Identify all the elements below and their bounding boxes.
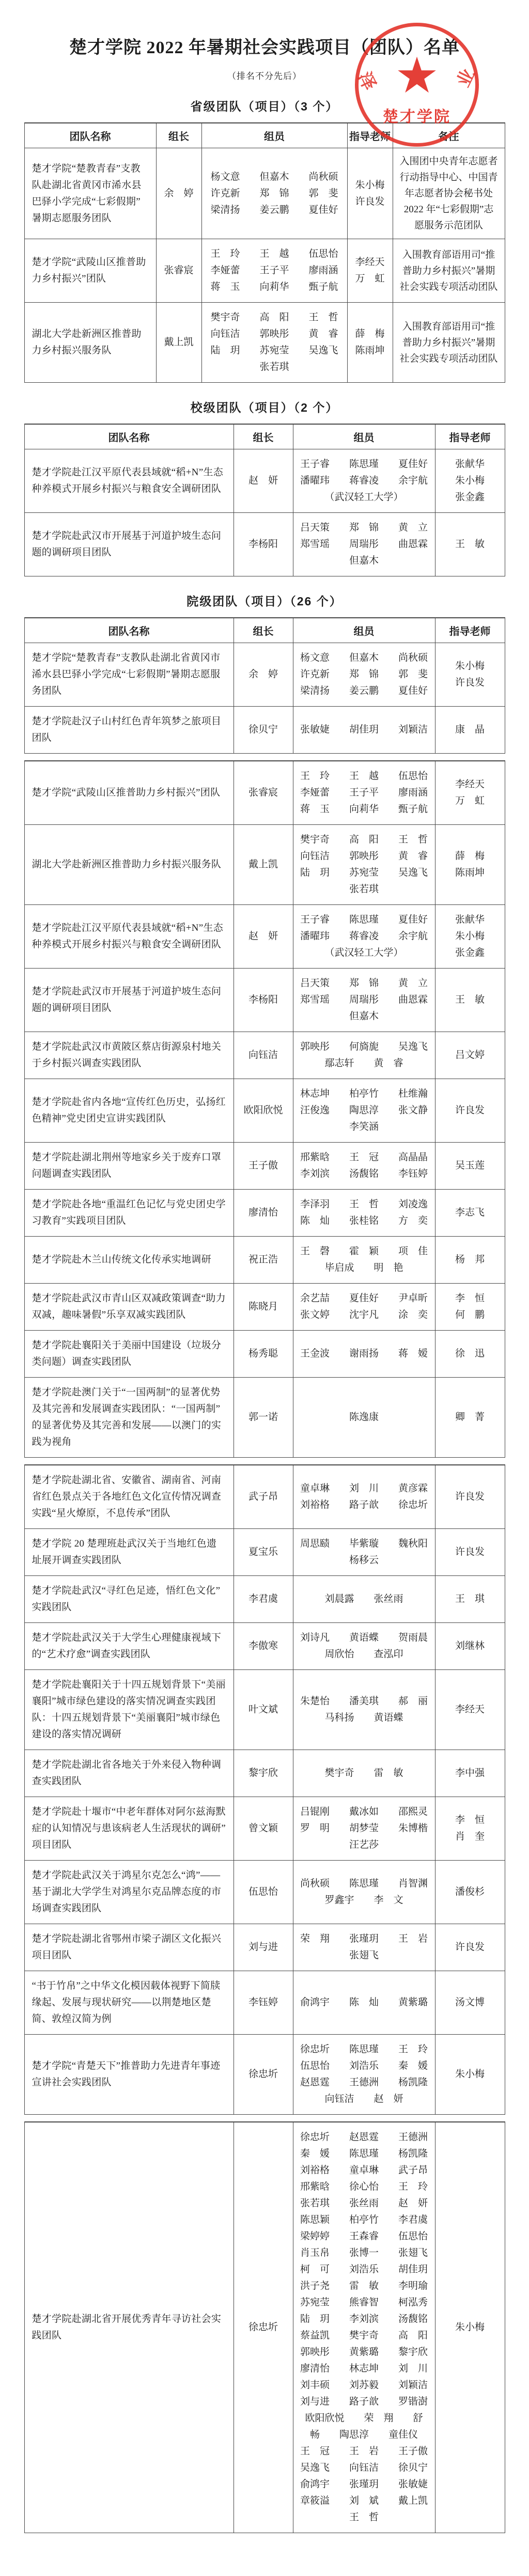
team-row: 楚才学院赴襄阳关于美丽中国建设（垃圾分类问题）调查实践团队杨秀聪王金波 谢雨扬 … [24, 1331, 505, 1378]
cell-members: 郭映彤 何旖旎 吴逸飞 鄢志轩 黄 睿 [293, 1032, 435, 1079]
cell-members: 吕锟刚 戴冰如 邵熙灵 罗 明 胡梦莹 朱博楷 汪艺莎 [293, 1797, 435, 1861]
cell-name: 湖北大学赴新洲区推普助力乡村振兴服务队 [24, 303, 156, 383]
cell-name: 楚才学院赴木兰山传统文化传承实地调研 [24, 1237, 234, 1284]
teams-table: 团队名称组长组员指导老师楚才学院“楚教青春”支教队赴湖北省黄冈市浠水县巴驿小学完… [24, 617, 505, 754]
team-row: 楚才学院“武陵山区推普助力乡村振兴”团队张睿宸王 玲 王 越 伍思怡 李娅蕾 王… [24, 761, 505, 825]
cell-teachers: 李 恒 何 鹏 [435, 1284, 505, 1331]
cell-teachers: 吕文婷 [435, 1032, 505, 1079]
header-row: 团队名称组长组员指导老师备注 [24, 123, 505, 148]
cell-name: 楚才学院赴武汉市开展基于河道护坡生态问题的调研项目团队 [24, 513, 234, 576]
team-row: 楚才学院赴湖北省、安徽省、湖南省、河南省红色景点关于各地红色文化宣传情况调查实践… [24, 1465, 505, 1529]
cell-members: 王 玲 王 越 伍思怡 李娅蕾 王子平 廖雨涵 蒋 玉 向莉华 甄子航 [293, 761, 435, 825]
section-heading: 校级团队（项目）（2 个） [0, 398, 529, 415]
cell-name: 楚才学院赴武汉“寻红色足迹，悟红色文化”实践团队 [24, 1576, 234, 1623]
document-page: ★ 泽 业 楚才学院 楚才学院 2022 年暑期社会实践项目（团队）名单 （排名… [0, 0, 529, 2576]
cell-members: 王 玲 王 越 伍思怡 李娅蕾 王子平 廖雨涵 蒋 玉 向莉华 甄子航 [201, 239, 347, 303]
cell-leader: 李杨阳 [234, 513, 293, 576]
cell-leader: 余 婷 [234, 643, 293, 707]
cell-teachers: 卿 菁 [435, 1378, 505, 1458]
cell-name: 湖北大学赴新洲区推普助力乡村振兴服务队 [24, 825, 234, 905]
cell-teachers: 潘俊杉 [435, 1861, 505, 1924]
cell-name: 楚才学院 20 楚理班赴武汉关于当地红色遗址展开调查实践团队 [24, 1529, 234, 1576]
cell-members: 徐忠圻 陈思瑾 王 玲 伍思怡 刘浩乐 秦 媛 赵恩霆 王德洲 杨凯隆 向钰洁 … [293, 2035, 435, 2115]
cell-name: 楚才学院“楚教青春”支教队赴湖北省黄冈市浠水县巴驿小学完成“七彩假期”暑期志愿服… [24, 643, 234, 707]
cell-members: 徐忠圻 赵恩霆 王德洲 秦 媛 陈思瑾 杨凯隆 刘裕格 童卓琳 武子昂 邢紫晗 … [293, 2122, 435, 2533]
cell-name: “书于竹帛”之中华文化模因载体视野下简牍缘起、发展与现状研究——以荆楚地区楚简、… [24, 1971, 234, 2035]
column-header: 组长 [234, 618, 293, 643]
cell-members: 刘诗凡 黄语蝶 贺雨晨 周欣怡 查泓印 [293, 1623, 435, 1670]
team-row: 楚才学院赴湖北省各地关于外来侵入物种调查实践团队黎宇欣樊宇奇 雷 敏李中强 [24, 1750, 505, 1797]
cell-name: 楚才学院赴江汉平原代表县域就“稻+N”生态种养模式开展乡村振兴与粮食安全调研团队 [24, 449, 234, 513]
cell-name: 楚才学院“武陵山区推普助力乡村振兴”团队 [24, 239, 156, 303]
cell-name: 楚才学院赴湖北省鄂州市梁子湖区文化振兴项目团队 [24, 1924, 234, 1971]
cell-members: 林志坤 柏亭竹 杜维瀚 汪俊逸 陶思淳 张文静 李笑涵 [293, 1079, 435, 1143]
team-row: 楚才学院“青楚天下”推普助力先进青年事迹宣讲社会实践团队徐忠圻徐忠圻 陈思瑾 王… [24, 2035, 505, 2115]
cell-name: 楚才学院赴武汉市青山区双减政策调查“助力双减，趣味暑假”乐享双减实践团队 [24, 1284, 234, 1331]
cell-leader: 向钰洁 [234, 1032, 293, 1079]
team-row: 楚才学院赴武汉“寻红色足迹，悟红色文化”实践团队李君虞刘晨露 张丝雨王 琪 [24, 1576, 505, 1623]
cell-leader: 李杨阳 [234, 969, 293, 1032]
cell-name: 楚才学院赴襄阳关于十四五规划背景下“美丽襄阳”城市绿色建设的落实情况调查实践团队… [24, 1670, 234, 1750]
cell-members: 樊宇奇 高 阳 王 哲 向钰洁 郭映彤 黄 睿 陆 玥 苏宛莹 吴逸飞 张若琪 [293, 825, 435, 905]
header-row: 团队名称组长组员指导老师 [24, 424, 505, 449]
cell-members: 陈逸康 [293, 1378, 435, 1458]
team-row: 楚才学院赴江汉平原代表县域就“稻+N”生态种养模式开展乡村振兴与粮食安全调研团队… [24, 905, 505, 969]
page-subtitle: （排名不分先后） [0, 69, 529, 82]
team-row: 楚才学院赴武汉关于大学生心理健康视域下的“艺术疗愈”调查实践团队李傲寒刘诗凡 黄… [24, 1623, 505, 1670]
cell-members: 刘晨露 张丝雨 [293, 1576, 435, 1623]
cell-name: 楚才学院赴湖北省开展优秀青年寻访社会实践团队 [24, 2122, 234, 2533]
team-row: 楚才学院赴木兰山传统文化传承实地调研祝正浩王 磬 霍 颖 项 佳 毕启成 明 艳… [24, 1237, 505, 1284]
cell-leader: 廖清怡 [234, 1190, 293, 1237]
cell-teachers: 李经天 [435, 1670, 505, 1750]
cell-members: 荣 翔 张瑾玥 王 岩 张翅飞 [293, 1924, 435, 1971]
cell-name: 楚才学院赴湖北省、安徽省、湖南省、河南省红色景点关于各地红色文化宣传情况调查实践… [24, 1465, 234, 1529]
cell-members: 俞鸿宇 陈 灿 黄紫璐 [293, 1971, 435, 2035]
column-header: 团队名称 [24, 123, 156, 148]
cell-leader: 武子昂 [234, 1465, 293, 1529]
column-header: 组员 [201, 123, 347, 148]
cell-leader: 叶文斌 [234, 1670, 293, 1750]
team-row: “书于竹帛”之中华文化模因载体视野下简牍缘起、发展与现状研究——以荆楚地区楚简、… [24, 1971, 505, 2035]
cell-members: 吕天策 郑 锦 黄 立 郑雪瑶 周瑞彤 曲恩霖 但嘉木 [293, 513, 435, 576]
team-row: 楚才学院 20 楚理班赴武汉关于当地红色遗址展开调查实践团队夏宝乐周思赜 毕紫璇… [24, 1529, 505, 1576]
column-header: 备注 [393, 123, 505, 148]
cell-name: 楚才学院赴汉子山村红色青年筑梦之旅项目团队 [24, 707, 234, 754]
header-row: 团队名称组长组员指导老师 [24, 618, 505, 643]
cell-leader: 郭一诺 [234, 1378, 293, 1458]
cell-teachers: 康 晶 [435, 707, 505, 754]
cell-leader: 李君虞 [234, 1576, 293, 1623]
cell-leader: 李钰婷 [234, 1971, 293, 2035]
column-header: 团队名称 [24, 424, 234, 449]
cell-teachers: 李志飞 [435, 1190, 505, 1237]
teams-table: 楚才学院“武陵山区推普助力乡村振兴”团队张睿宸王 玲 王 越 伍思怡 李娅蕾 王… [24, 760, 505, 1458]
column-header: 指导老师 [435, 618, 505, 643]
page-title: 楚才学院 2022 年暑期社会实践项目（团队）名单 [0, 33, 529, 58]
cell-members: 王子睿 陈思瑾 夏佳好 潘曜玮 蒋睿凌 余宇航（武汉轻工大学） [293, 449, 435, 513]
cell-leader: 戴上凯 [156, 303, 201, 383]
cell-name: 楚才学院赴江汉平原代表县域就“稻+N”生态种养模式开展乡村振兴与粮食安全调研团队 [24, 905, 234, 969]
team-row: 楚才学院“楚教青春”支教队赴湖北省黄冈市浠水县巴驿小学完成“七彩假期”暑期志愿服… [24, 148, 505, 239]
cell-leader: 伍思怡 [234, 1861, 293, 1924]
column-header: 组员 [293, 618, 435, 643]
cell-name: 楚才学院赴武汉市开展基于河道护坡生态问题的调研项目团队 [24, 969, 234, 1032]
cell-teachers: 吴玉莲 [435, 1143, 505, 1190]
column-header: 指导老师 [435, 424, 505, 449]
cell-name: 楚才学院赴武汉关于鸿星尔克怎么“鸿”——基于湖北大学学生对鸿星尔克品牌态度的市场… [24, 1861, 234, 1924]
cell-members: 邢紫晗 王 冠 高晶晶 李刘滨 汤馥铭 李钰婷 [293, 1143, 435, 1190]
cell-name: 楚才学院赴十堰市“中老年群体对阿尔兹海默症的认知情况与患该病老人生活现状的调研”… [24, 1797, 234, 1861]
cell-note: 入围教育部语用司“推普助力乡村振兴”暑期社会实践专项活动团队 [393, 239, 505, 303]
cell-members: 余艺喆 夏佳好 尹卓昕 张文婷 沈宇凡 涂 奕 [293, 1284, 435, 1331]
cell-leader: 曾文颖 [234, 1797, 293, 1861]
cell-members: 樊宇奇 高 阳 王 哲 向钰洁 郭映彤 黄 睿 陆 玥 苏宛莹 吴逸飞 张若琪 [201, 303, 347, 383]
cell-note: 入围教育部语用司“推普助力乡村振兴”暑期社会实践专项活动团队 [393, 303, 505, 383]
cell-note: 入围团中央青年志愿者行动指导中心、中国青年志愿者协会秘书处 2022 年“七彩假… [393, 148, 505, 239]
team-row: 楚才学院赴湖北省鄂州市梁子湖区文化振兴项目团队刘与进荣 翔 张瑾玥 王 岩 张翅… [24, 1924, 505, 1971]
cell-leader: 夏宝乐 [234, 1529, 293, 1576]
cell-name: 楚才学院赴湖北荆州等地家乡关于废弃口罩问题调查实践团队 [24, 1143, 234, 1190]
column-header: 组长 [156, 123, 201, 148]
cell-members: 张敏婕 胡佳玥 刘颖洁 [293, 707, 435, 754]
cell-members: 樊宇奇 雷 敏 [293, 1750, 435, 1797]
team-row: 楚才学院赴武汉市开展基于河道护坡生态问题的调研项目团队李杨阳吕天策 郑 锦 黄 … [24, 969, 505, 1032]
cell-members: 王 磬 霍 颖 项 佳 毕启成 明 艳 [293, 1237, 435, 1284]
sections-container: 省级团队（项目）（3 个）团队名称组长组员指导老师备注楚才学院“楚教青春”支教队… [0, 97, 529, 2533]
cell-members: 吕天策 郑 锦 黄 立 郑雪瑶 周瑞彤 曲恩霖 但嘉木 [293, 969, 435, 1032]
cell-leader: 徐贝宁 [234, 707, 293, 754]
cell-teachers: 李中强 [435, 1750, 505, 1797]
cell-members: 杨文意 但嘉木 尚秋硕 许克新 郑 锦 郭 斐 梁清扬 姜云鹏 夏佳好 [201, 148, 347, 239]
cell-name: 楚才学院赴澳门关于“一国两制”的显著优势及其完善和发展调查实践团队：“一国两制”… [24, 1378, 234, 1458]
cell-name: 楚才学院“楚教青春”支教队赴湖北省黄冈市浠水县巴驿小学完成“七彩假期”暑期志愿服… [24, 148, 156, 239]
cell-teachers: 徐 迅 [435, 1331, 505, 1378]
column-header: 团队名称 [24, 618, 234, 643]
cell-members: 李泽羽 王 哲 刘凌逸 陈 灿 张桂铭 方 奕 [293, 1190, 435, 1237]
cell-name: 楚才学院赴各地“重温红色记忆与党史团史学习教育”实践项目团队 [24, 1190, 234, 1237]
column-header: 指导老师 [347, 123, 393, 148]
team-row: 楚才学院赴江汉平原代表县域就“稻+N”生态种养模式开展乡村振兴与粮食安全调研团队… [24, 449, 505, 513]
cell-members: 杨文意 但嘉木 尚秋硕 许克新 郑 锦 郭 斐 梁清扬 姜云鹏 夏佳好 [293, 643, 435, 707]
column-header: 组长 [234, 424, 293, 449]
cell-name: 楚才学院“武陵山区推普助力乡村振兴”团队 [24, 761, 234, 825]
cell-leader: 陈晓月 [234, 1284, 293, 1331]
team-row: 湖北大学赴新洲区推普助力乡村振兴服务队戴上凯樊宇奇 高 阳 王 哲 向钰洁 郭映… [24, 825, 505, 905]
cell-leader: 徐忠圻 [234, 2035, 293, 2115]
team-row: 楚才学院赴襄阳关于十四五规划背景下“美丽襄阳”城市绿色建设的落实情况调查实践团队… [24, 1670, 505, 1750]
cell-leader: 张睿宸 [156, 239, 201, 303]
cell-members: 尚秋硕 陈思瑾 肖智渊 罗鑫宇 李 文 [293, 1861, 435, 1924]
cell-name: 楚才学院赴武汉关于大学生心理健康视域下的“艺术疗愈”调查实践团队 [24, 1623, 234, 1670]
cell-leader: 王子傲 [234, 1143, 293, 1190]
cell-leader: 赵 妍 [234, 905, 293, 969]
cell-teachers: 杨 邦 [435, 1237, 505, 1284]
cell-teachers: 许良发 [435, 1924, 505, 1971]
team-row: 楚才学院“楚教青春”支教队赴湖北省黄冈市浠水县巴驿小学完成“七彩假期”暑期志愿服… [24, 643, 505, 707]
team-row: 楚才学院赴武汉市青山区双减政策调查“助力双减，趣味暑假”乐享双减实践团队陈晓月余… [24, 1284, 505, 1331]
team-row: 楚才学院赴湖北省开展优秀青年寻访社会实践团队徐忠圻徐忠圻 赵恩霆 王德洲 秦 媛… [24, 2122, 505, 2533]
team-row: 楚才学院赴省内各地“宣传红色历史，弘扬红色精神”党史团史宣讲实践团队欧阳欣悦林志… [24, 1079, 505, 1143]
team-row: 楚才学院赴武汉市黄陂区蔡店街源泉村地关于乡村振兴调查实践团队向钰洁郭映彤 何旖旎… [24, 1032, 505, 1079]
teams-table: 楚才学院赴湖北省、安徽省、湖南省、河南省红色景点关于各地红色文化宣传情况调查实践… [24, 1464, 505, 2115]
cell-teachers: 许良发 [435, 1465, 505, 1529]
cell-name: 楚才学院赴省内各地“宣传红色历史，弘扬红色精神”党史团史宣讲实践团队 [24, 1079, 234, 1143]
cell-teachers: 汤文博 [435, 1971, 505, 2035]
cell-leader: 杨秀聪 [234, 1331, 293, 1378]
cell-teachers: 刘继林 [435, 1623, 505, 1670]
cell-leader: 李傲寒 [234, 1623, 293, 1670]
cell-members: 王金波 谢雨扬 蒋 嫒 [293, 1331, 435, 1378]
cell-leader: 戴上凯 [234, 825, 293, 905]
teams-table: 楚才学院赴湖北省开展优秀青年寻访社会实践团队徐忠圻徐忠圻 赵恩霆 王德洲 秦 媛… [24, 2121, 505, 2533]
column-header: 组员 [293, 424, 435, 449]
cell-teachers: 王 琪 [435, 1576, 505, 1623]
cell-name: 楚才学院赴武汉市黄陂区蔡店街源泉村地关于乡村振兴调查实践团队 [24, 1032, 234, 1079]
cell-leader: 张睿宸 [234, 761, 293, 825]
cell-name: 楚才学院赴湖北省各地关于外来侵入物种调查实践团队 [24, 1750, 234, 1797]
team-row: 楚才学院赴湖北荆州等地家乡关于废弃口罩问题调查实践团队王子傲邢紫晗 王 冠 高晶… [24, 1143, 505, 1190]
cell-teachers: 许良发 [435, 1529, 505, 1576]
cell-name: 楚才学院赴襄阳关于美丽中国建设（垃圾分类问题）调查实践团队 [24, 1331, 234, 1378]
cell-leader: 黎宇欣 [234, 1750, 293, 1797]
team-row: 楚才学院赴澳门关于“一国两制”的显著优势及其完善和发展调查实践团队：“一国两制”… [24, 1378, 505, 1458]
cell-leader: 祝正浩 [234, 1237, 293, 1284]
team-row: 湖北大学赴新洲区推普助力乡村振兴服务队戴上凯樊宇奇 高 阳 王 哲 向钰洁 郭映… [24, 303, 505, 383]
team-row: 楚才学院赴武汉市开展基于河道护坡生态问题的调研项目团队李杨阳吕天策 郑 锦 黄 … [24, 513, 505, 576]
section-heading: 院级团队（项目）（26 个） [0, 592, 529, 609]
cell-leader: 欧阳欣悦 [234, 1079, 293, 1143]
teams-table: 团队名称组长组员指导老师备注楚才学院“楚教青春”支教队赴湖北省黄冈市浠水县巴驿小… [24, 122, 505, 383]
team-row: 楚才学院赴各地“重温红色记忆与党史团史学习教育”实践项目团队廖清怡李泽羽 王 哲… [24, 1190, 505, 1237]
team-row: 楚才学院赴汉子山村红色青年筑梦之旅项目团队徐贝宁张敏婕 胡佳玥 刘颖洁康 晶 [24, 707, 505, 754]
team-row: 楚才学院“武陵山区推普助力乡村振兴”团队张睿宸王 玲 王 越 伍思怡 李娅蕾 王… [24, 239, 505, 303]
cell-members: 朱楚怡 潘美琪 郝 丽 马科扬 黄语蝶 [293, 1670, 435, 1750]
cell-members: 周思赜 毕紫璇 魏秋阳 杨移云 [293, 1529, 435, 1576]
section-heading: 省级团队（项目）（3 个） [0, 97, 529, 114]
team-row: 楚才学院赴武汉关于鸿星尔克怎么“鸿”——基于湖北大学学生对鸿星尔克品牌态度的市场… [24, 1861, 505, 1924]
cell-name: 楚才学院“青楚天下”推普助力先进青年事迹宣讲社会实践团队 [24, 2035, 234, 2115]
team-row: 楚才学院赴十堰市“中老年群体对阿尔兹海默症的认知情况与患该病老人生活现状的调研”… [24, 1797, 505, 1861]
teams-table: 团队名称组长组员指导老师楚才学院赴江汉平原代表县域就“稻+N”生态种养模式开展乡… [24, 424, 505, 576]
cell-leader: 赵 妍 [234, 449, 293, 513]
cell-leader: 余 婷 [156, 148, 201, 239]
cell-members: 童卓琳 刘 川 黄彦霖 刘裕格 路子歆 徐忠圻 [293, 1465, 435, 1529]
cell-leader: 刘与进 [234, 1924, 293, 1971]
cell-leader: 徐忠圻 [234, 2122, 293, 2533]
cell-members: 王子睿 陈思瑾 夏佳好 潘曜玮 蒋睿凌 余宇航（武汉轻工大学） [293, 905, 435, 969]
